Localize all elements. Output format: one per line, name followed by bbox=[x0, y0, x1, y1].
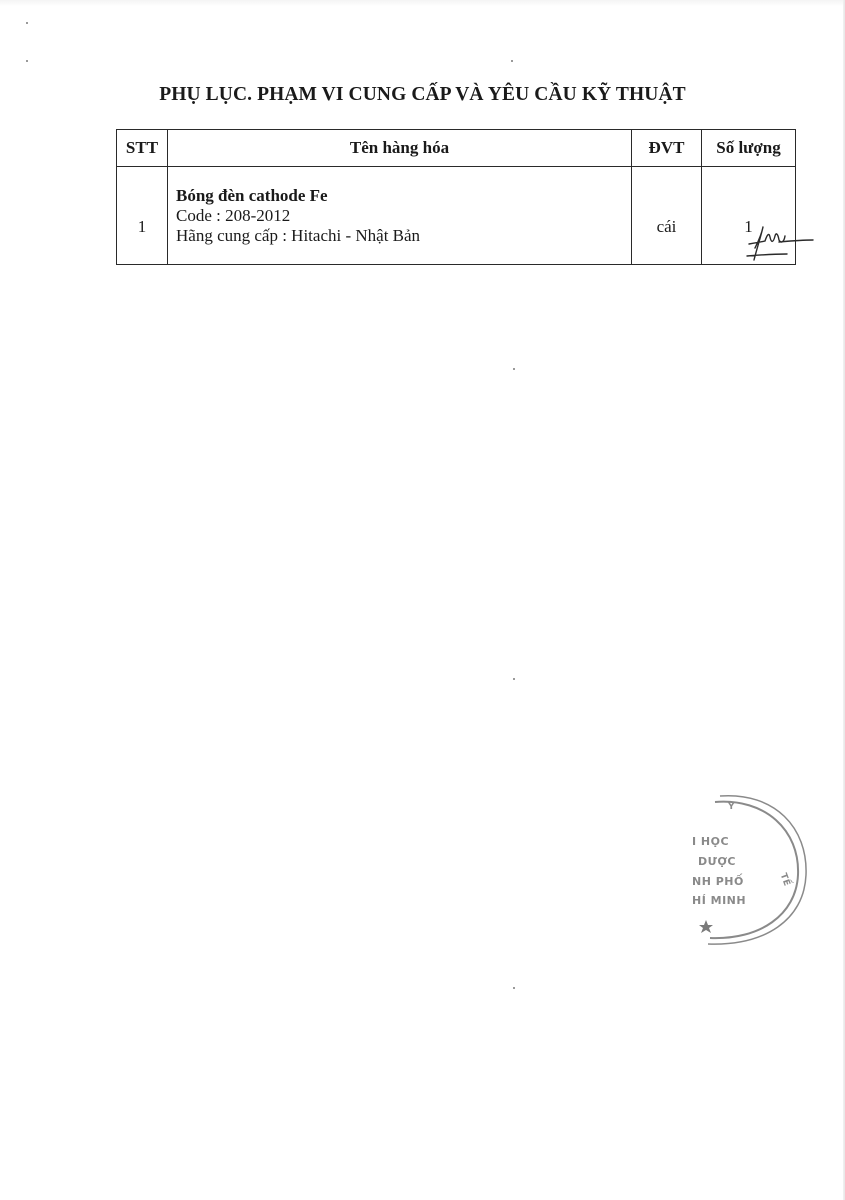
goods-table: STT Tên hàng hóa ĐVT Số lượng 1 Bóng đèn… bbox=[116, 129, 796, 265]
table-row: 1 Bóng đèn cathode Fe Code : 208-2012 Hã… bbox=[117, 167, 796, 265]
item-supplier: Hãng cung cấp : Hitachi - Nhật Bản bbox=[176, 226, 631, 246]
stamp-text: I HỌC bbox=[692, 835, 729, 848]
scan-speck bbox=[513, 987, 515, 989]
item-code: Code : 208-2012 bbox=[176, 206, 631, 226]
cell-stt: 1 bbox=[117, 167, 168, 265]
signature-initials bbox=[735, 222, 815, 264]
cell-unit: cái bbox=[632, 167, 702, 265]
document-title: PHỤ LỤC. PHẠM VI CUNG CẤP VÀ YÊU CẦU KỸ … bbox=[0, 84, 845, 106]
table-header-row: STT Tên hàng hóa ĐVT Số lượng bbox=[117, 130, 796, 167]
header-quantity: Số lượng bbox=[702, 130, 796, 167]
cell-name: Bóng đèn cathode Fe Code : 208-2012 Hãng… bbox=[168, 167, 632, 265]
header-stt: STT bbox=[117, 130, 168, 167]
scan-speck bbox=[26, 60, 28, 62]
stamp-text: NH PHỐ bbox=[692, 875, 744, 888]
stamp-text: Y bbox=[728, 802, 735, 812]
scan-top-edge bbox=[0, 0, 845, 6]
header-name: Tên hàng hóa bbox=[168, 130, 632, 167]
stamp-text: DƯỢC bbox=[698, 855, 736, 868]
scan-speck bbox=[513, 678, 515, 680]
official-stamp: Y I HỌC DƯỢC NH PHỐ HÍ MINH TẾ bbox=[690, 790, 845, 950]
stamp-text: HÍ MINH bbox=[692, 894, 746, 907]
scan-speck bbox=[513, 368, 515, 370]
item-name: Bóng đèn cathode Fe bbox=[176, 186, 631, 206]
header-unit: ĐVT bbox=[632, 130, 702, 167]
stamp-ring-icon bbox=[690, 790, 845, 950]
scan-speck bbox=[511, 60, 513, 62]
scan-speck bbox=[26, 22, 28, 24]
